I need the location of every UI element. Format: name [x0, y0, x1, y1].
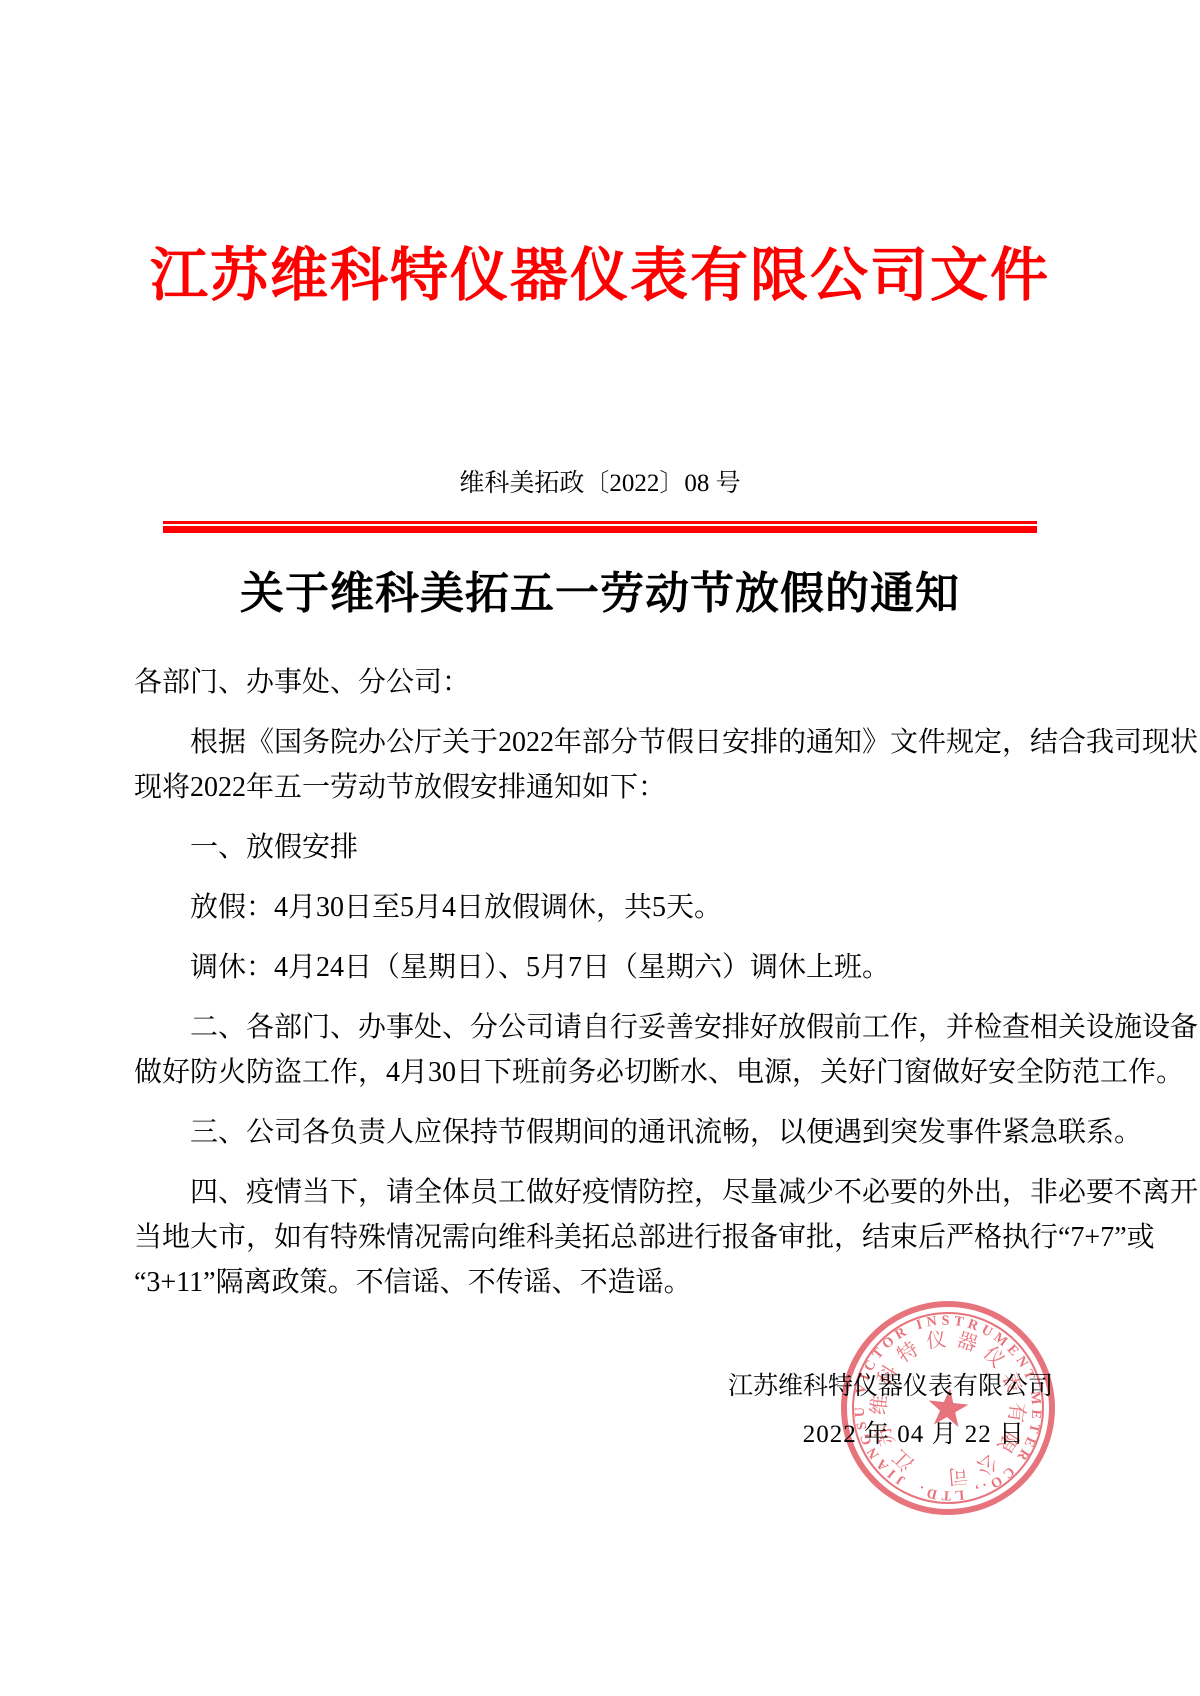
red-letterhead-title: 江苏维科特仪器仪表有限公司文件: [0, 244, 1200, 308]
red-divider-rule: [163, 521, 1037, 533]
section-4-paragraph: 四、疫情当下，请全体员工做好疫情防控，尽量减少不必要的外出，非必要不离开 当地大…: [134, 1170, 1066, 1305]
body-line: 根据《国务院办公厅关于2022年部分节假日安排的通知》文件规定，结合我司现状，: [134, 720, 1066, 765]
body-line: 当地大市，如有特殊情况需向维科美拓总部进行报备审批，结束后严格执行“7+7”或: [134, 1215, 1066, 1260]
body-line: 调休：4月24日（星期日）、5月7日（星期六）调休上班。: [134, 945, 1066, 990]
document-page: 江苏维科特仪器仪表有限公司文件 维科美拓政〔2022〕08 号 关于维科美拓五一…: [0, 0, 1200, 1696]
document-number: 维科美拓政〔2022〕08 号: [0, 468, 1200, 500]
body-line: 三、公司各负责人应保持节假期间的通讯流畅，以便遇到突发事件紧急联系。: [134, 1110, 1066, 1155]
section-1-heading: 一、放假安排: [134, 825, 1066, 870]
section-2-paragraph: 二、各部门、办事处、分公司请自行妥善安排好放假前工作，并检查相关设施设备， 做好…: [134, 1005, 1066, 1095]
body-line: 做好防火防盗工作，4月30日下班前务必切断水、电源，关好门窗做好安全防范工作。: [134, 1050, 1066, 1095]
salutation-line: 各部门、办事处、分公司：: [134, 667, 470, 698]
rule-thick-line: [163, 526, 1037, 533]
intro-paragraph: 根据《国务院办公厅关于2022年部分节假日安排的通知》文件规定，结合我司现状， …: [134, 720, 1066, 810]
body-line: 四、疫情当下，请全体员工做好疫情防控，尽量减少不必要的外出，非必要不离开: [134, 1170, 1066, 1215]
notice-title: 关于维科美拓五一劳动节放假的通知: [0, 568, 1200, 620]
salutation-paragraph: 各部门、办事处、分公司：: [134, 660, 1066, 705]
body-line: 一、放假安排: [134, 825, 1066, 870]
notice-body: 各部门、办事处、分公司： 根据《国务院办公厅关于2022年部分节假日安排的通知》…: [134, 660, 1066, 1320]
body-line: 放假：4月30日至5月4日放假调休，共5天。: [134, 885, 1066, 930]
holiday-dates-paragraph: 放假：4月30日至5月4日放假调休，共5天。: [134, 885, 1066, 930]
company-seal-stamp: JIANGSU VICTOR INSTRUMENT METER CO., LTD…: [836, 1296, 1060, 1520]
body-line: 现将2022年五一劳动节放假安排通知如下：: [134, 765, 1066, 810]
body-line: 二、各部门、办事处、分公司请自行妥善安排好放假前工作，并检查相关设施设备，: [134, 1005, 1066, 1050]
stamp-center-star: [926, 1386, 970, 1428]
section-3-paragraph: 三、公司各负责人应保持节假期间的通讯流畅，以便遇到突发事件紧急联系。: [134, 1110, 1066, 1155]
workday-swap-paragraph: 调休：4月24日（星期日）、5月7日（星期六）调休上班。: [134, 945, 1066, 990]
